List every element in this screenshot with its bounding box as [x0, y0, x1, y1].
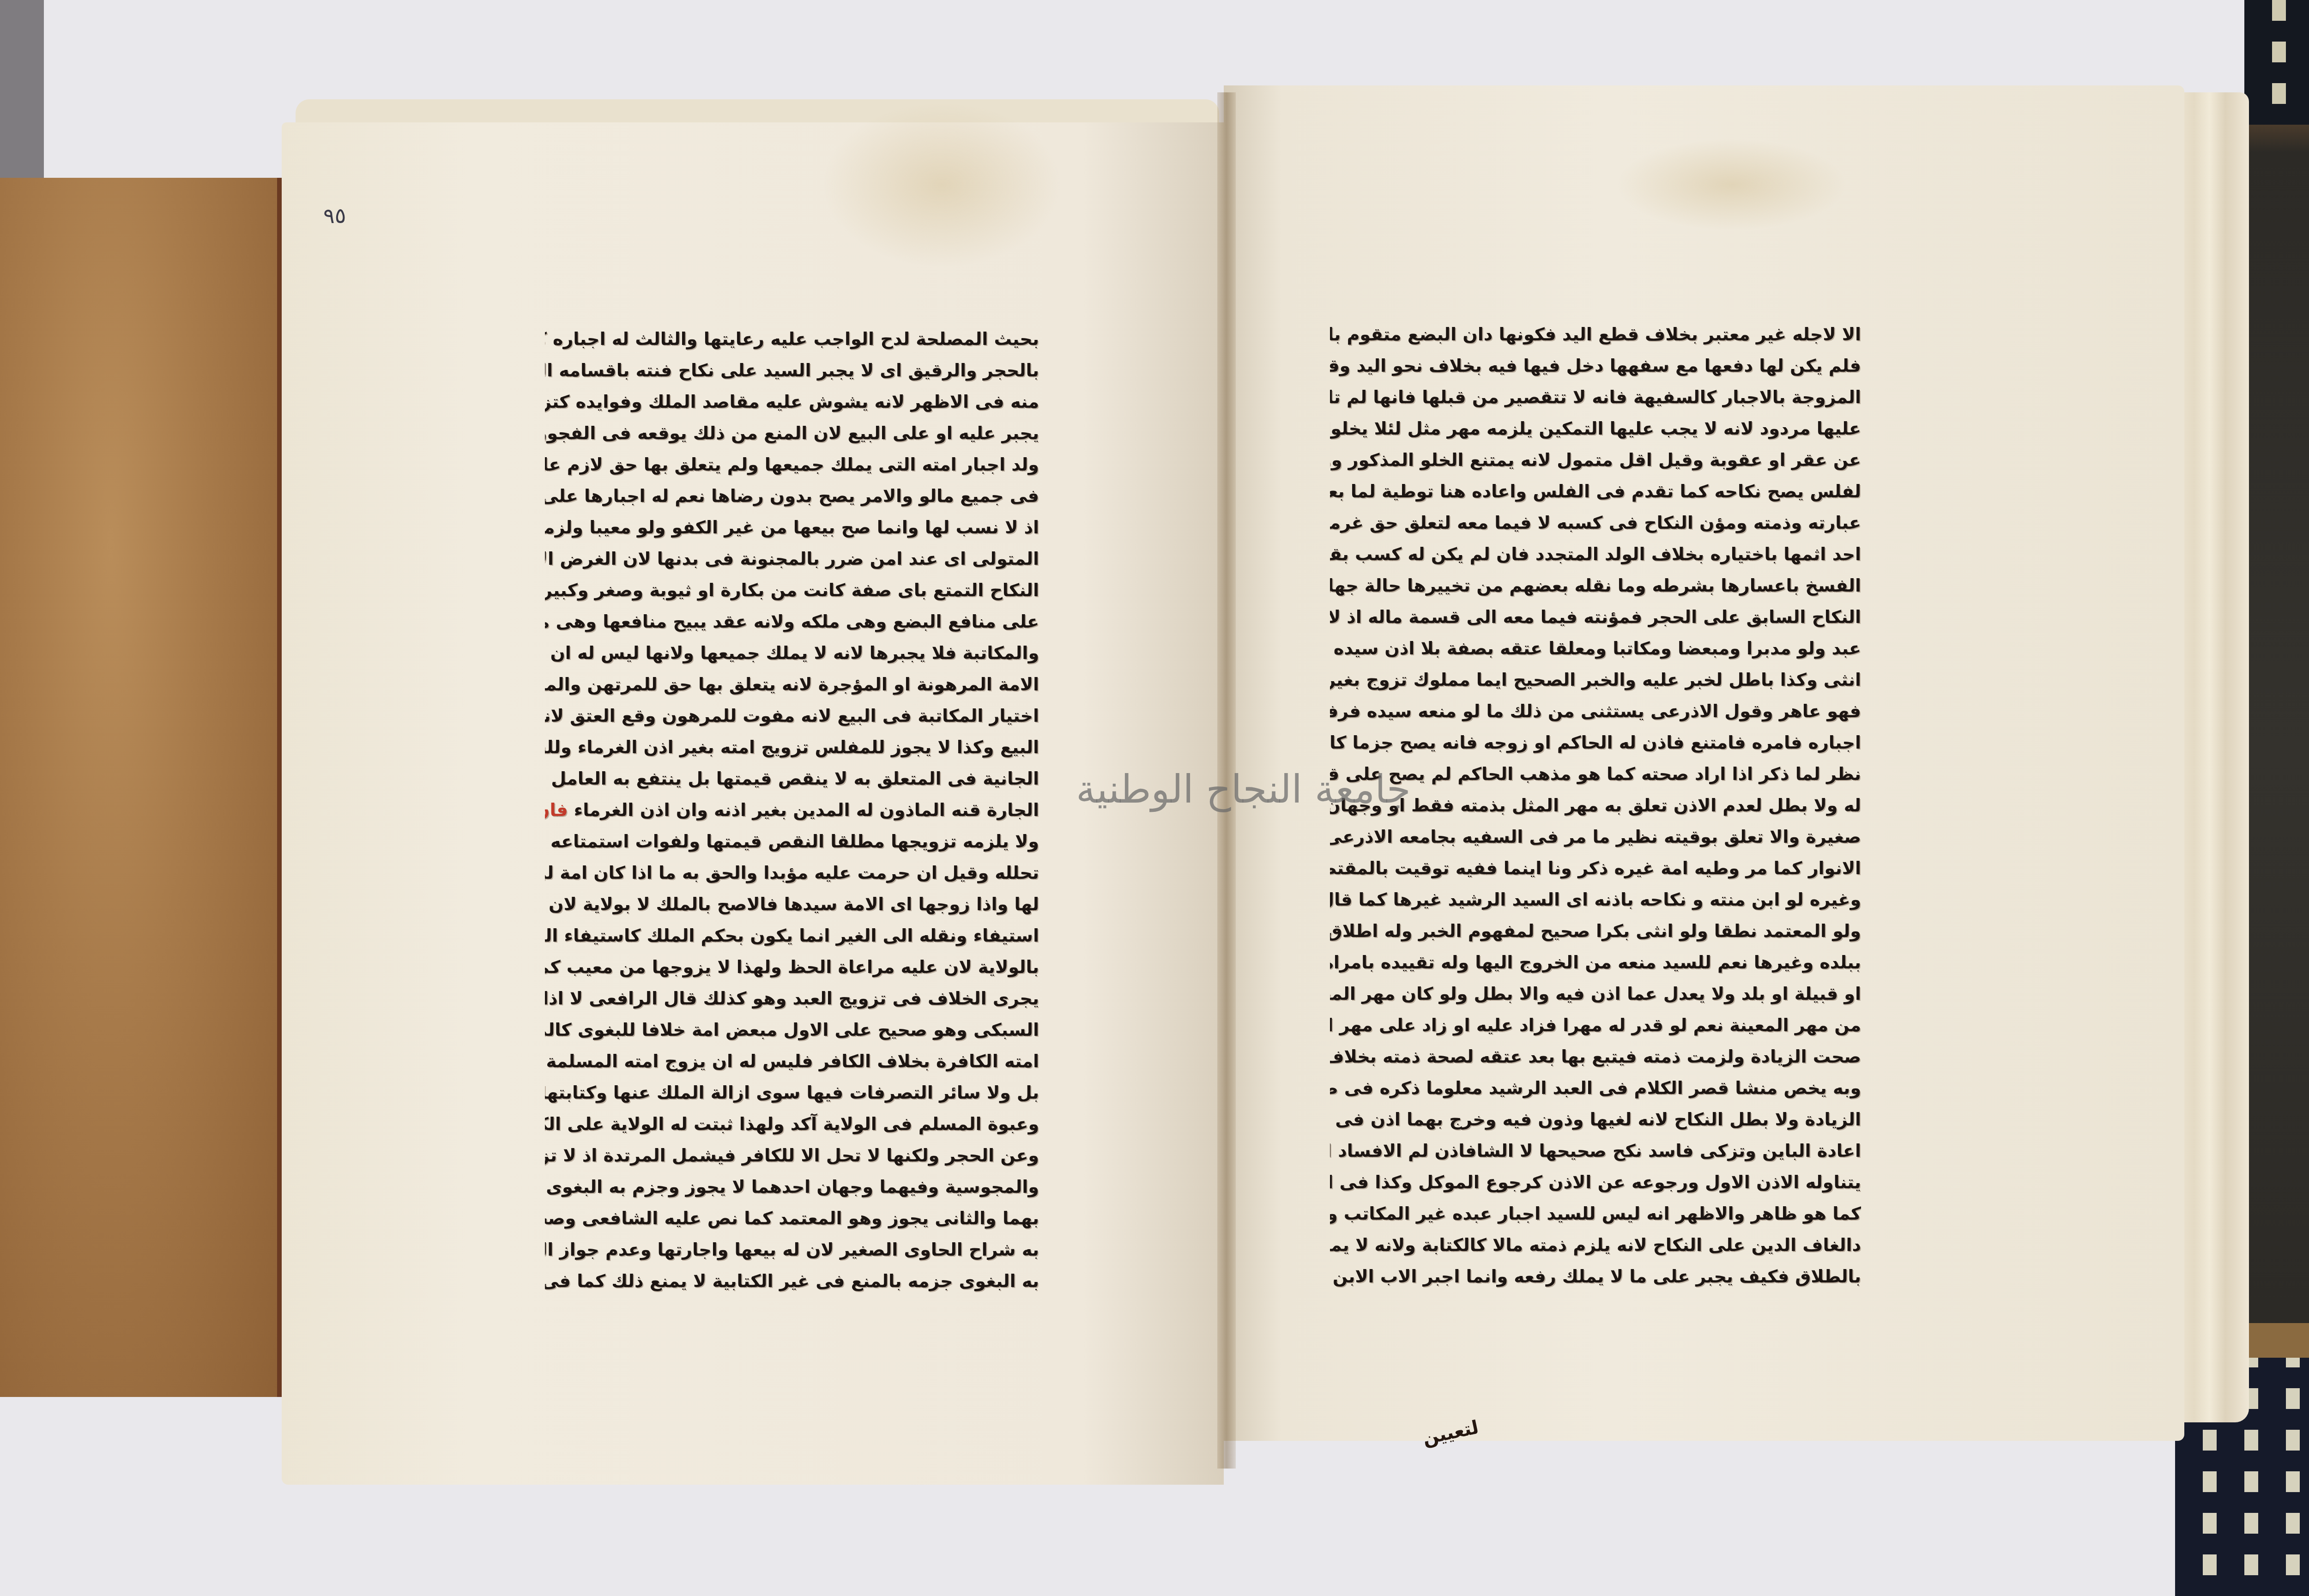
manuscript-line: عبارته وذمته ومؤن النكاح فى كسبه لا فيما… [1330, 507, 1861, 538]
manuscript-line: الزيادة ولا بطل النكاح لانه لغيها وذون ف… [1330, 1104, 1861, 1135]
line-text: عبد ولو مدبرا ومبعضا ومكاتبا ومعلقا عتقه… [1330, 638, 1861, 659]
manuscript-line: فى جميع مالو والامر يصح بدون رضاها نعم ل… [545, 480, 1039, 512]
line-text: لها واذا زوجها اى الامة سيدها فالاصح بال… [545, 894, 1039, 914]
line-text: المتولى اى عند امن ضرر بالمجنونة فى بدنه… [545, 549, 1039, 569]
line-text: صحت الزيادة ولزمت ذمته فيتبع بها بعد عتق… [1330, 1046, 1861, 1067]
line-text: النكاح التمتع باى صفة كانت من بكارة او ث… [545, 580, 1039, 600]
manuscript-line: عليها مردود لانه لا يجب عليها التمكين يل… [1330, 413, 1861, 444]
manuscript-line: دالغاف الدين على النكاح لانه يلزم ذمته م… [1330, 1229, 1861, 1261]
line-text: والمكاتبة فلا يجبرها لانه لا يملك جميعها… [545, 643, 1039, 663]
manuscript-line: بل ولا سائر التصرفات فيها سوى ازالة المل… [545, 1077, 1039, 1108]
line-text: فى جميع مالو والامر يصح بدون رضاها نعم ل… [545, 486, 1039, 506]
manuscript-line: ولا يلزمه تزويجها مطلقا النقص قيمتها ولف… [545, 826, 1039, 857]
manuscript-line: فهو عاهر وقول الاذرعى يستثنى من ذلك ما ل… [1330, 695, 1861, 727]
line-text: السبكى وهو صحيح على الاول مبعض امة خلافا… [545, 1020, 1039, 1040]
manuscript-line: الامة المرهونة او المؤجرة لانه يتعلق بها… [545, 669, 1039, 700]
manuscript-line: المتولى اى عند امن ضرر بالمجنونة فى بدنه… [545, 543, 1039, 574]
manuscript-line: وبه يخص منشا قصر الكلام فى العبد الرشيد … [1330, 1072, 1861, 1104]
manuscript-line: لفلس يصح نكاحه كما تقدم فى الفلس واعاده … [1330, 476, 1861, 507]
line-text: والمجوسية وفيهما وجهان احدهما لا يجوز وج… [545, 1177, 1039, 1197]
line-text: منه فى الاظهر لانه يشوش عليه مقاصد الملك… [545, 392, 1039, 412]
line-text: استيفاء ونقله الى الغير انما يكون بحكم ا… [545, 925, 1039, 946]
watermark: جامعة النجاح الوطنية [1076, 767, 1411, 812]
manuscript-line: الا لاجله غير معتبر بخلاف قطع اليد فكونه… [1330, 319, 1861, 350]
manuscript-line: اعادة الباين وتزكى فاسد نكح صحيحها لا ال… [1330, 1135, 1861, 1167]
manuscript-line: كما هو ظاهر والاظهر انه ليس للسيد اجبار … [1330, 1198, 1861, 1229]
manuscript-line: الجانية فى المتعلق به لا ينقص قيمتها بل … [545, 763, 1039, 794]
manuscript-line: صحت الزيادة ولزمت ذمته فيتبع بها بعد عتق… [1330, 1041, 1861, 1072]
line-text: به شراح الحاوى الصغير لان له بيعها واجار… [545, 1239, 1039, 1260]
manuscript-line: ولد اجبار امته التى يملك جميعها ولم يتعل… [545, 449, 1039, 480]
line-text: النكاح السابق على الحجر فمؤنته فيما معه … [1330, 607, 1861, 627]
manuscript-line: صغيرة والا تعلق بوقيته نظير ما مر فى الس… [1330, 821, 1861, 852]
manuscript-line: الجارة قنه الماذون له المدين بغير اذنه و… [545, 794, 1039, 826]
background-grid-top [2244, 0, 2309, 125]
manuscript-line: بالولاية لان عليه مراعاة الحظ ولهذا لا ي… [545, 951, 1039, 983]
line-text: ولا يلزمه تزويجها مطلقا النقص قيمتها ولف… [545, 831, 1039, 852]
line-text: اجباره فامره فامتنع فاذن له الحاكم او زو… [1330, 732, 1861, 753]
line-text: يتناوله الاذن الاول ورجوعه عن الاذن كرجو… [1330, 1172, 1861, 1192]
manuscript-line: امته الكافرة بخلاف الكافر فليس له ان يزو… [545, 1046, 1039, 1077]
line-text: على منافع البضع وهى ملكه ولانه عقد يبيح … [545, 611, 1039, 632]
manuscript-line: وعن الحجر ولكنها لا تحل الا للكافر فيشمل… [545, 1140, 1039, 1171]
manuscript-line: اجباره فامره فامتنع فاذن له الحاكم او زو… [1330, 727, 1861, 758]
line-text: احد اثمها باختياره بخلاف الولد المتجدد ف… [1330, 544, 1861, 564]
manuscript-line: وعبوة المسلم فى الولاية آكد ولهذا ثبتت ل… [545, 1108, 1039, 1140]
manuscript-line: بهما والثانى يجوز وهو المعتمد كما نص علي… [545, 1203, 1039, 1234]
manuscript-line: بالطلاق فكيف يجبر على ما لا يملك رفعه وا… [1330, 1261, 1861, 1292]
line-text: بالولاية لان عليه مراعاة الحظ ولهذا لا ي… [545, 957, 1039, 977]
line-text: وغيره لو ابن منته و نكاحه باذنه اى السيد… [1330, 889, 1861, 910]
line-text: يجبر عليه او على البيع لان المنع من ذلك … [545, 423, 1039, 443]
background-wall [0, 0, 44, 185]
manuscript-line: من مهر المعينة نعم لو قدر له مهرا فزاد ع… [1330, 1010, 1861, 1041]
line-text: اذ لا نسب لها وانما صح بيعها من غير الكف… [545, 517, 1039, 538]
line-text: الانوار كما مر وطيه امة غيره ذكر ونا اين… [1330, 858, 1861, 878]
line-text: فهو عاهر وقول الاذرعى يستثنى من ذلك ما ل… [1330, 701, 1861, 721]
line-text: بالحجر والرقيق اى لا يجبر السيد على نكاح… [545, 360, 1039, 381]
line-text: اختيار المكاتبة فى البيع لانه مفوت للمره… [545, 706, 1039, 726]
line-text: او قبيلة او بلد ولا يعدل عما اذن فيه وال… [1330, 984, 1861, 1004]
manuscript-line: وغيره لو ابن منته و نكاحه باذنه اى السيد… [1330, 884, 1861, 915]
background-board [2249, 125, 2309, 1381]
line-text: البيع وكذا لا يجوز للمفلس تزويج امته بغي… [545, 737, 1039, 757]
line-text: الا لاجله غير معتبر بخلاف قطع اليد فكونه… [1330, 324, 1861, 345]
manuscript-line: يجرى الخلاف فى تزويج العبد وهو كذلك قال … [545, 983, 1039, 1014]
manuscript-line: عن عقر او عقوبة وقيل اقل متمول لانه يمتن… [1330, 444, 1861, 476]
line-text: صغيرة والا تعلق بوقيته نظير ما مر فى الس… [1330, 827, 1861, 847]
line-text: وعن الحجر ولكنها لا تحل الا للكافر فيشمل… [545, 1145, 1039, 1166]
manuscript-line: بالحجر والرقيق اى لا يجبر السيد على نكاح… [545, 355, 1039, 386]
manuscript-line: يجبر عليه او على البيع لان المنع من ذلك … [545, 417, 1039, 449]
line-text: بحيث المصلحة لدح الواجب عليه رعايتها وال… [545, 329, 1039, 349]
line-text: ولو المعتمد نطقا ولو انثى بكرا صحيح لمفه… [1330, 921, 1861, 941]
water-stain [822, 102, 1062, 268]
manuscript-line: فلم يكن لها دفعها مع سفهها دخل فيها فيه … [1330, 350, 1861, 381]
manuscript-line: تحلله وقيل ان حرمت عليه مؤبدا والحق به م… [545, 857, 1039, 889]
manuscript-line: ولو المعتمد نطقا ولو انثى بكرا صحيح لمفه… [1330, 915, 1861, 947]
line-text: بهما والثانى يجوز وهو المعتمد كما نص علي… [545, 1208, 1039, 1228]
line-text: وعبوة المسلم فى الولاية آكد ولهذا ثبتت ل… [545, 1114, 1039, 1134]
manuscript-line: استيفاء ونقله الى الغير انما يكون بحكم ا… [545, 920, 1039, 951]
line-text: وبه يخص منشا قصر الكلام فى العبد الرشيد … [1330, 1078, 1861, 1098]
manuscript-line: عبد ولو مدبرا ومبعضا ومكاتبا ومعلقا عتقه… [1330, 633, 1861, 664]
manuscript-line: والمكاتبة فلا يجبرها لانه لا يملك جميعها… [545, 637, 1039, 669]
line-text: ولد اجبار امته التى يملك جميعها ولم يتعل… [545, 454, 1039, 475]
line-text: به البغوى جزمه بالمنع فى غير الكتابية لا… [545, 1271, 1039, 1291]
manuscript-line: اذ لا نسب لها وانما صح بيعها من غير الكف… [545, 512, 1039, 543]
water-stain [1616, 139, 1847, 231]
manuscript-line: المزوجة بالاجبار كالسفيهة فانه لا تتقصير… [1330, 381, 1861, 413]
manuscript-line: احد اثمها باختياره بخلاف الولد المتجدد ف… [1330, 538, 1861, 570]
line-text: يجرى الخلاف فى تزويج العبد وهو كذلك قال … [545, 988, 1039, 1009]
manuscript-line: يتناوله الاذن الاول ورجوعه عن الاذن كرجو… [1330, 1167, 1861, 1198]
manuscript-line: اختيار المكاتبة فى البيع لانه مفوت للمره… [545, 700, 1039, 731]
manuscript-line: به شراح الحاوى الصغير لان له بيعها واجار… [545, 1234, 1039, 1265]
manuscript-line: على منافع البضع وهى ملكه ولانه عقد يبيح … [545, 606, 1039, 637]
line-text: الزيادة ولا بطل النكاح لانه لغيها وذون ف… [1330, 1109, 1861, 1130]
line-text: الامة المرهونة او المؤجرة لانه يتعلق بها… [545, 674, 1039, 695]
left-page-text: بحيث المصلحة لدح الواجب عليه رعايتها وال… [545, 323, 1039, 1297]
folio-number: ٩٥ [323, 203, 346, 228]
line-text: ببلده وغيرها نعم للسيد منعه من الخروج ال… [1330, 952, 1861, 973]
manuscript-line: به البغوى جزمه بالمنع فى غير الكتابية لا… [545, 1265, 1039, 1297]
rubric-text: فان طلبت منه [545, 800, 568, 820]
manuscript-line: او قبيلة او بلد ولا يعدل عما اذن فيه وال… [1330, 978, 1861, 1010]
line-text: انثى وكذا باطل لخبر عليه والخبر الصحيح ا… [1330, 670, 1861, 690]
line-text: امته الكافرة بخلاف الكافر فليس له ان يزو… [545, 1051, 1039, 1071]
line-text: دالغاف الدين على النكاح لانه يلزم ذمته م… [1330, 1235, 1861, 1255]
manuscript-line: والمجوسية وفيهما وجهان احدهما لا يجوز وج… [545, 1171, 1039, 1203]
line-text: كما هو ظاهر والاظهر انه ليس للسيد اجبار … [1330, 1203, 1861, 1224]
manuscript-line: الفسخ باعسارها بشرطه وما نقله بعضهم من ت… [1330, 570, 1861, 601]
manuscript-line: لها واذا زوجها اى الامة سيدها فالاصح بال… [545, 889, 1039, 920]
line-text: تحلله وقيل ان حرمت عليه مؤبدا والحق به م… [545, 863, 1039, 883]
line-text: بل ولا سائر التصرفات فيها سوى ازالة المل… [545, 1082, 1039, 1103]
manuscript-line: منه فى الاظهر لانه يشوش عليه مقاصد الملك… [545, 386, 1039, 417]
manuscript-line: البيع وكذا لا يجوز للمفلس تزويج امته بغي… [545, 731, 1039, 763]
manuscript-line: الانوار كما مر وطيه امة غيره ذكر ونا اين… [1330, 852, 1861, 884]
leather-cover [0, 178, 287, 1397]
line-text: المزوجة بالاجبار كالسفيهة فانه لا تتقصير… [1330, 387, 1861, 407]
line-text: عن عقر او عقوبة وقيل اقل متمول لانه يمتن… [1330, 450, 1861, 470]
manuscript-line: ببلده وغيرها نعم للسيد منعه من الخروج ال… [1330, 947, 1861, 978]
line-text: لفلس يصح نكاحه كما تقدم فى الفلس واعاده … [1330, 481, 1861, 502]
manuscript-line: بحيث المصلحة لدح الواجب عليه رعايتها وال… [545, 323, 1039, 355]
manuscript-line: انثى وكذا باطل لخبر عليه والخبر الصحيح ا… [1330, 664, 1861, 695]
manuscript-line: السبكى وهو صحيح على الاول مبعض امة خلافا… [545, 1014, 1039, 1046]
line-text: اعادة الباين وتزكى فاسد نكح صحيحها لا ال… [1330, 1141, 1861, 1161]
manuscript-line: النكاح التمتع باى صفة كانت من بكارة او ث… [545, 574, 1039, 606]
line-text: الجارة قنه الماذون له المدين بغير اذنه و… [568, 800, 1039, 820]
line-text: فلم يكن لها دفعها مع سفهها دخل فيها فيه … [1330, 356, 1861, 376]
line-text: الجانية فى المتعلق به لا ينقص قيمتها بل … [545, 768, 1039, 789]
line-text: الفسخ باعسارها بشرطه وما نقله بعضهم من ت… [1330, 575, 1861, 596]
background-board-edge [2249, 1323, 2309, 1360]
line-text: بالطلاق فكيف يجبر على ما لا يملك رفعه وا… [1330, 1266, 1861, 1287]
manuscript-line: النكاح السابق على الحجر فمؤنته فيما معه … [1330, 601, 1861, 633]
line-text: عليها مردود لانه لا يجب عليها التمكين يل… [1330, 418, 1861, 439]
line-text: عبارته وذمته ومؤن النكاح فى كسبه لا فيما… [1330, 513, 1861, 533]
line-text: من مهر المعينة نعم لو قدر له مهرا فزاد ع… [1330, 1015, 1861, 1035]
